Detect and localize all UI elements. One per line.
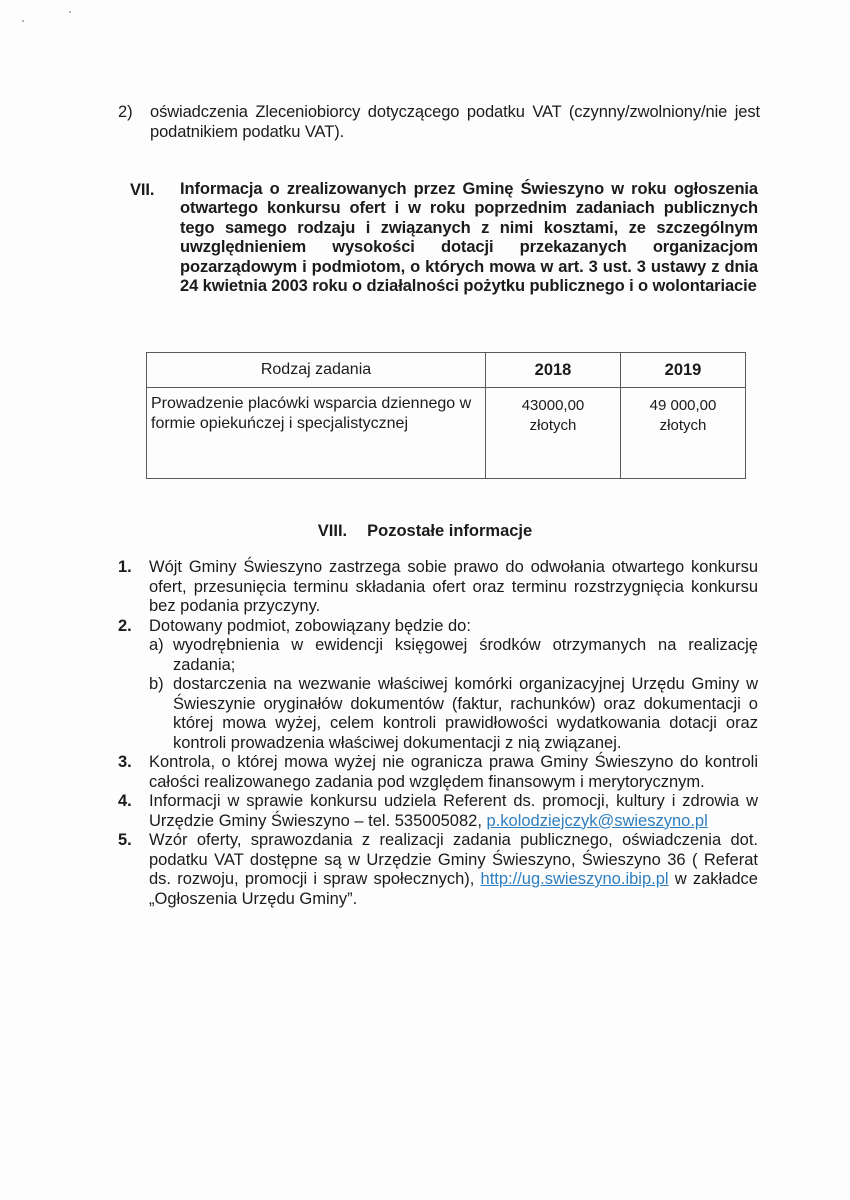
list-item: 3. Kontrola, o której mowa wyżej nie ogr… — [118, 753, 758, 792]
amount-2019-cell: 49 000,00 złotych — [621, 388, 746, 479]
section-title: Informacja o zrealizowanych przez Gminę … — [180, 180, 758, 296]
amount-2018-cell: 43000,00 złotych — [486, 388, 621, 479]
section-number: VIII. — [318, 522, 347, 540]
sub-item: b) dostarczenia na wezwanie właściwej ko… — [149, 675, 758, 753]
amount-value: 49 000,00 — [621, 396, 745, 416]
item-number: 4. — [118, 792, 132, 812]
item-text: Informacji w sprawie konkursu udziela Re… — [149, 792, 758, 831]
sub-item-text: wyodrębnienia w ewidencji księgowej środ… — [173, 636, 758, 675]
item-number: 2. — [118, 617, 132, 637]
scan-speck — [69, 11, 71, 13]
email-link[interactable]: p.kolodziejczyk@swieszyno.pl — [487, 812, 708, 830]
header-year-2019: 2019 — [621, 353, 746, 388]
bip-website-link[interactable]: http://ug.swieszyno.ibip.pl — [481, 870, 669, 888]
list-item: 2. Dotowany podmiot, zobowiązany będzie … — [118, 617, 758, 754]
header-year-2018: 2018 — [486, 353, 621, 388]
task-name-cell: Prowadzenie placówki wsparcia dziennego … — [147, 388, 486, 479]
table-header-row: Rodzaj zadania 2018 2019 — [147, 353, 746, 388]
sub-item: a) wyodrębnienia w ewidencji księgowej ś… — [149, 636, 758, 675]
item-text: Kontrola, o której mowa wyżej nie ograni… — [149, 753, 758, 792]
sub-item-letter: b) — [149, 675, 164, 695]
item-number: 5. — [118, 831, 132, 851]
section-number: VII. — [130, 180, 154, 200]
list-item: 1. Wójt Gminy Świeszyno zastrzega sobie … — [118, 558, 758, 617]
sub-item-letter: a) — [149, 636, 164, 656]
other-information-list: 1. Wójt Gminy Świeszyno zastrzega sobie … — [118, 558, 758, 909]
table-row: Prowadzenie placówki wsparcia dziennego … — [147, 388, 746, 479]
item-number: 1. — [118, 558, 132, 578]
scan-speck — [22, 20, 24, 22]
item-number: 2) — [118, 102, 132, 122]
item-text: oświadczenia Zleceniobiorcy dotyczącego … — [150, 102, 760, 142]
section-viii-heading: VIII.Pozostałe informacje — [0, 522, 850, 541]
item-text: Dotowany podmiot, zobowiązany będzie do: — [149, 617, 758, 637]
amount-currency: złotych — [621, 416, 745, 436]
sub-item-text: dostarczenia na wezwanie właściwej komór… — [173, 675, 758, 753]
list-item: 4. Informacji w sprawie konkursu udziela… — [118, 792, 758, 831]
item-number: 3. — [118, 753, 132, 773]
public-tasks-table: Rodzaj zadania 2018 2019 Prowadzenie pla… — [146, 352, 746, 479]
amount-value: 43000,00 — [486, 396, 620, 416]
item-text: Wójt Gminy Świeszyno zastrzega sobie pra… — [149, 558, 758, 617]
amount-currency: złotych — [486, 416, 620, 436]
document-page: 2) oświadczenia Zleceniobiorcy dotyczące… — [0, 0, 850, 1200]
section-title: Pozostałe informacje — [367, 522, 532, 540]
header-task-type: Rodzaj zadania — [147, 353, 486, 388]
list-item: 5. Wzór oferty, sprawozdania z realizacj… — [118, 831, 758, 909]
item-text: Wzór oferty, sprawozdania z realizacji z… — [149, 831, 758, 909]
